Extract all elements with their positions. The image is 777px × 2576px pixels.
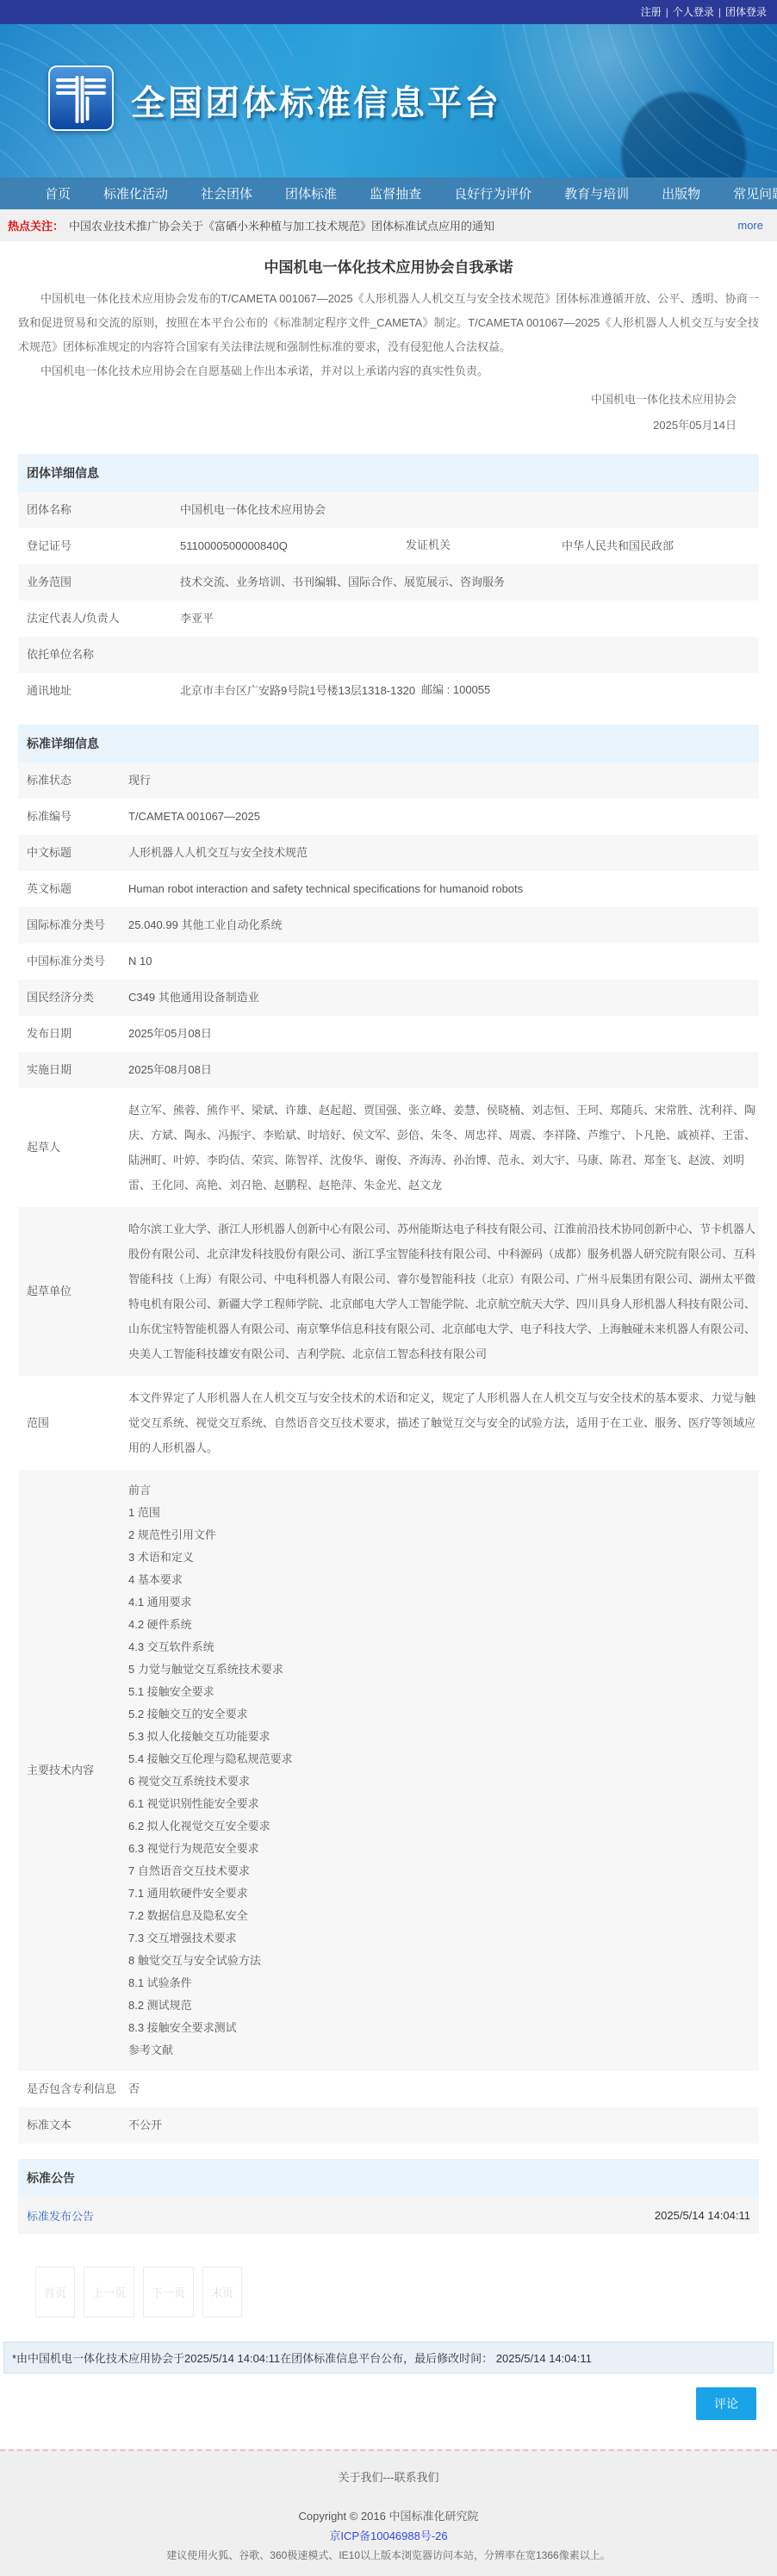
about-contact-link[interactable]: 关于我们---联系我们 (339, 2471, 439, 2484)
nav-item-social-groups[interactable]: 社会团体 (184, 184, 269, 202)
table-row: 国民经济分类 C349 其他通用设备制造业 (18, 980, 759, 1016)
hot-topic-label: 热点关注： (8, 217, 64, 233)
row-value: 否 (128, 2081, 759, 2098)
group-info-table: 团体名称 中国机电一体化技术应用协会 登记证号 5110000500000840… (18, 492, 759, 709)
row-value: 人形机器人人机交互与安全技术规范 (128, 844, 759, 862)
table-row-main-technical-content: 主要技术内容 前言 1 范围 2 规范性引用文件 3 术语和定义 4 基本要求 … (18, 1470, 759, 2071)
row-value: 现行 (128, 772, 759, 789)
main-content: 中国机电一体化技术应用协会自我承诺 中国机电一体化技术应用协会发布的T/CAME… (0, 255, 777, 2318)
commitment-date: 2025年05月14日 (18, 413, 759, 439)
table-row: 登记证号 5110000500000840Q 发证机关 中华人民共和国民政部 (18, 528, 759, 564)
row-label: 实施日期 (18, 1061, 128, 1079)
topbar-separator: | (718, 6, 721, 18)
toc-list: 前言 1 范围 2 规范性引用文件 3 术语和定义 4 基本要求 4.1 通用要… (128, 1479, 759, 2062)
pagination-last-button[interactable]: 末页 (202, 2267, 242, 2318)
site-title: 全国团体标准信息平台 (131, 76, 501, 125)
toc-item: 8 触觉交互与安全试验方法 (128, 1950, 759, 1972)
row-value: Human robot interaction and safety techn… (128, 880, 759, 898)
row-label: 通讯地址 (18, 682, 180, 700)
row-label: 英文标题 (18, 880, 128, 898)
pagination-prev-button[interactable]: 上一页 (84, 2267, 134, 2318)
notice-link[interactable]: 标准发布公告 (27, 2207, 94, 2224)
row-label: 起草人 (18, 1139, 128, 1156)
row-label: 业务范围 (18, 574, 180, 591)
pagination: 首页 上一页 下一页 末页 (35, 2267, 759, 2318)
row-value: 本文件界定了人形机器人在人机交互与安全技术的术语和定义，规定了人形机器人在人机交… (128, 1385, 759, 1460)
row-value: N 10 (128, 953, 759, 970)
nav-item-home[interactable]: 首页 (28, 184, 87, 202)
table-row: 通讯地址 北京市丰台区广安路9号院1号楼13层1318-1320 邮编 : 10… (18, 673, 759, 709)
commitment-signer: 中国机电一体化技术应用协会 (18, 387, 759, 413)
table-row-drafting-units: 起草单位 哈尔滨工业大学、浙江人形机器人创新中心有限公司、苏州能斯达电子科技有限… (18, 1207, 759, 1376)
row-value: 中华人民共和国民政部 (562, 538, 759, 555)
toc-item: 6.3 视觉行为规范安全要求 (128, 1838, 759, 1860)
footer: 关于我们---联系我们 Copyright © 2016 中国标准化研究院 京I… (0, 2449, 777, 2576)
table-row-standard-text: 标准文本 不公开 (18, 2107, 759, 2144)
table-row: 法定代表人/负责人 李亚平 (18, 600, 759, 637)
banner: 全国团体标准信息平台 (0, 24, 777, 177)
notice-time: 2025/5/14 14:04:11 (655, 2209, 750, 2222)
table-row: 国际标准分类号 25.040.99 其他工业自动化系统 (18, 907, 759, 943)
toc-item: 7.3 交互增强技术要求 (128, 1927, 759, 1950)
row-value: 哈尔滨工业大学、浙江人形机器人创新中心有限公司、苏州能斯达电子科技有限公司、江淮… (128, 1216, 759, 1366)
toc-item: 5.4 接触交互伦理与隐私规范要求 (128, 1748, 759, 1770)
page-title: 中国机电一体化技术应用协会自我承诺 (18, 255, 759, 277)
toc-item: 4.1 通用要求 (128, 1591, 759, 1614)
table-row: 依托单位名称 (18, 637, 759, 673)
row-label: 发布日期 (18, 1025, 128, 1042)
table-row: 标准编号 T/CAMETA 001067—2025 (18, 799, 759, 835)
toc-item: 4.3 交互软件系统 (128, 1636, 759, 1658)
toc-item: 参考文献 (128, 2039, 759, 2062)
table-row: 发布日期 2025年05月08日 (18, 1016, 759, 1052)
row-value: 2025年05月08日 (128, 1025, 759, 1042)
table-row-drafters: 起草人 赵立军、熊蓉、熊作平、梁斌、许雄、赵起超、贾国强、张立峰、姜慧、侯晓楠、… (18, 1088, 759, 1207)
row-value: 2025年08月08日 (128, 1061, 759, 1079)
nav-item-education-training[interactable]: 教育与培训 (548, 184, 645, 202)
platform-logo-icon (48, 65, 114, 131)
row-label: 邮编 : 100055 (421, 682, 577, 698)
commitment-paragraph: 中国机电一体化技术应用协会发布的T/CAMETA 001067—2025《人形机… (18, 287, 759, 359)
row-value: T/CAMETA 001067—2025 (128, 808, 759, 825)
row-value: C349 其他通用设备制造业 (128, 989, 759, 1006)
toc-item: 5.1 接触安全要求 (128, 1681, 759, 1703)
table-row-patent-info: 是否包含专利信息 否 (18, 2071, 759, 2107)
section-header-group-info: 团体详细信息 (18, 454, 759, 492)
nav-item-good-behavior[interactable]: 良好行为评价 (438, 184, 548, 202)
commitment-paragraph: 中国机电一体化技术应用协会在自愿基础上作出本承诺，并对以上承诺内容的真实性负责。 (18, 359, 759, 383)
row-label: 发证机关 (406, 538, 562, 553)
table-row: 团体名称 中国机电一体化技术应用协会 (18, 492, 759, 528)
toc-item: 4 基本要求 (128, 1569, 759, 1591)
row-value: 赵立军、熊蓉、熊作平、梁斌、许雄、赵起超、贾国强、张立峰、姜慧、侯晓楠、刘志恒、… (128, 1098, 759, 1198)
icp-link[interactable]: 京ICP备10046988号-26 (329, 2529, 447, 2542)
row-label: 范围 (18, 1415, 128, 1432)
row-value: 李亚平 (180, 610, 759, 627)
row-label: 登记证号 (18, 538, 180, 555)
row-value: 北京市丰台区广安路9号院1号楼13层1318-1320 (180, 682, 421, 700)
topbar: 注册|个人登录|团体登录 (0, 0, 777, 24)
table-row: 实施日期 2025年08月08日 (18, 1052, 759, 1088)
row-value: 25.040.99 其他工业自动化系统 (128, 917, 759, 934)
row-label: 标准编号 (18, 808, 128, 825)
row-value: 技术交流、业务培训、书刊编辑、国际合作、展览展示、咨询服务 (180, 574, 759, 591)
hot-topic-link[interactable]: 中国农业技术推广协会关于《富硒小米种植与加工技术规范》团体标准试点应用的通知 (69, 217, 727, 233)
comment-button[interactable]: 评论 (696, 2387, 756, 2420)
table-row: 业务范围 技术交流、业务培训、书刊编辑、国际合作、展览展示、咨询服务 (18, 564, 759, 600)
toc-item: 5.3 拟人化接触交互功能要求 (128, 1726, 759, 1748)
browser-advice-text: 建议使用火狐、谷歌、360极速模式、IE10以上版本浏览器访问本站，分辨率在宽1… (0, 2548, 777, 2562)
toc-item: 2 规范性引用文件 (128, 1524, 759, 1546)
section-header-standard-info: 标准详细信息 (18, 725, 759, 762)
row-label: 中国标准分类号 (18, 953, 128, 970)
nav-item-group-standards[interactable]: 团体标准 (269, 184, 353, 202)
more-link[interactable]: more (737, 219, 763, 232)
hot-topic-bar: 热点关注： 中国农业技术推广协会关于《富硒小米种植与加工技术规范》团体标准试点应… (0, 209, 777, 241)
toc-item: 8.2 测试规范 (128, 1994, 759, 2017)
row-value: 中国机电一体化技术应用协会 (180, 501, 759, 519)
toc-item: 3 术语和定义 (128, 1546, 759, 1569)
table-row-scope: 范围 本文件界定了人形机器人在人机交互与安全技术的术语和定义，规定了人形机器人在… (18, 1376, 759, 1470)
table-row: 中文标题 人形机器人人机交互与安全技术规范 (18, 835, 759, 871)
row-label: 中文标题 (18, 844, 128, 862)
nav-item-supervision[interactable]: 监督抽查 (353, 184, 438, 202)
nav-item-standardization-activities[interactable]: 标准化活动 (87, 184, 184, 202)
toc-item: 前言 (128, 1479, 759, 1502)
toc-item: 4.2 硬件系统 (128, 1614, 759, 1636)
row-label: 标准状态 (18, 772, 128, 789)
row-label: 国民经济分类 (18, 989, 128, 1006)
copyright-text: Copyright © 2016 中国标准化研究院 (0, 2507, 777, 2523)
toc-item: 1 范围 (128, 1502, 759, 1524)
register-link[interactable]: 注册 (641, 6, 662, 18)
comment-area: 评论 (0, 2374, 777, 2420)
row-label: 主要技术内容 (18, 1762, 128, 1779)
nav-item-publications[interactable]: 出版物 (645, 184, 717, 202)
topbar-separator: | (666, 6, 668, 18)
toc-item: 6.1 视觉识别性能安全要求 (128, 1793, 759, 1815)
toc-item: 7 自然语音交互技术要求 (128, 1860, 759, 1882)
row-label: 标准文本 (18, 2117, 128, 2134)
nav-item-faq[interactable]: 常见问题 (717, 184, 777, 202)
row-label: 是否包含专利信息 (18, 2081, 128, 2098)
toc-item: 5.2 接触交互的安全要求 (128, 1703, 759, 1726)
group-login-link[interactable]: 团体登录 (725, 6, 767, 18)
standard-info-table: 标准状态 现行 标准编号 T/CAMETA 001067—2025 中文标题 人… (18, 762, 759, 2144)
pagination-first-button[interactable]: 首页 (35, 2267, 75, 2318)
row-label: 依托单位名称 (18, 646, 180, 663)
table-row: 标准状态 现行 (18, 762, 759, 799)
row-label: 国际标准分类号 (18, 917, 128, 934)
toc-item: 5 力觉与触觉交互系统技术要求 (128, 1658, 759, 1681)
row-value: 5110000500000840Q (180, 538, 406, 555)
row-label: 团体名称 (18, 501, 180, 519)
section-header-notice: 标准公告 (18, 2159, 759, 2197)
pagination-next-button[interactable]: 下一页 (143, 2267, 194, 2318)
table-row: 英文标题 Human robot interaction and safety … (18, 871, 759, 907)
main-nav: 首页 标准化活动 社会团体 团体标准 监督抽查 良好行为评价 教育与培训 出版物… (0, 177, 777, 209)
toc-item: 7.1 通用软硬件安全要求 (128, 1882, 759, 1905)
toc-item: 8.1 试验条件 (128, 1972, 759, 1994)
table-row: 中国标准分类号 N 10 (18, 943, 759, 980)
personal-login-link[interactable]: 个人登录 (673, 6, 714, 18)
notice-item-row: 标准发布公告 2025/5/14 14:04:11 (18, 2197, 759, 2234)
publish-note-bar: *由中国机电一体化技术应用协会于2025/5/14 14:04:11在团体标准信… (3, 2342, 774, 2374)
row-label: 法定代表人/负责人 (18, 610, 180, 627)
row-value: 不公开 (128, 2117, 759, 2134)
toc-item: 6 视觉交互系统技术要求 (128, 1770, 759, 1793)
toc-item: 6.2 拟人化视觉交互安全要求 (128, 1815, 759, 1838)
toc-item: 8.3 接触安全要求测试 (128, 2017, 759, 2039)
toc-item: 7.2 数据信息及隐私安全 (128, 1905, 759, 1927)
row-label: 起草单位 (18, 1283, 128, 1300)
